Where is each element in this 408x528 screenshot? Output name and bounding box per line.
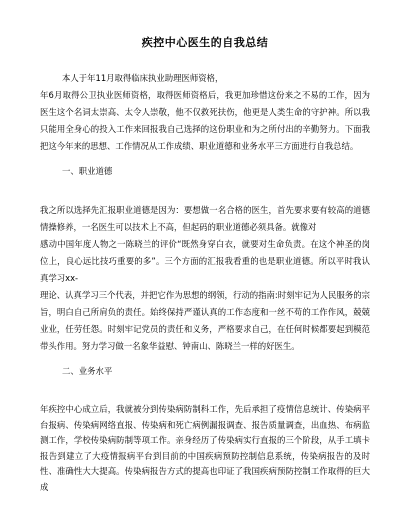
section-2-paragraph-1: 年疾控中心成立后，我就被分到传染病防制科工作，先后承担了疫情信息统计、传染病平台… xyxy=(40,402,370,495)
section-1-paragraph-2: 感动中国年度人物之一陈晓兰的评价“既然身穿白衣，就要对生命负责。在这个神圣的岗位… xyxy=(40,236,370,287)
intro-first-line: 本人于年11月取得临床执业助理医师资格， xyxy=(40,70,370,87)
section-heading-professional-skill: 二、业务水平 xyxy=(40,363,370,380)
section-1-paragraph-3: 理论、认真学习三个代表，并把它作为思想的纲领，行动的指南:时刻牢记为人民服务的宗… xyxy=(40,287,370,355)
document-page: 疾控中心医生的自我总结 本人于年11月取得临床执业助理医师资格， 年6月取得公卫… xyxy=(0,0,408,528)
document-title: 疾控中心医生的自我总结 xyxy=(40,36,370,50)
intro-paragraph: 年6月取得公卫执业医师资格，取得医师资格后，我更加珍惜这份来之不易的工作，因为医… xyxy=(40,87,370,155)
section-heading-professional-ethics: 一、职业道德 xyxy=(40,163,370,180)
section-1-paragraph-1: 我之所以选择先汇报职业道德是因为：要想做一名合格的医生，首先要求要有较高的道德情… xyxy=(40,202,370,236)
